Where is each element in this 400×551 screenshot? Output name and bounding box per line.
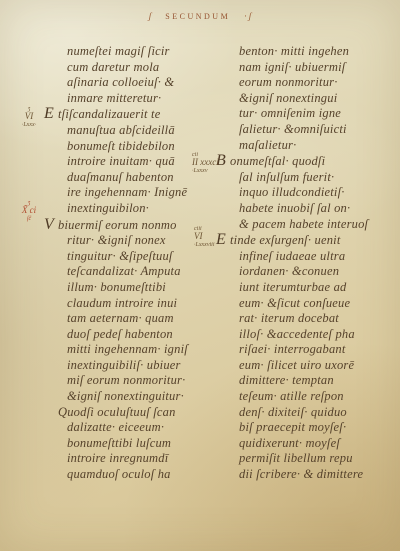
- text-line: eum· ſilicet uiro uxorē: [230, 358, 388, 374]
- canon-note-line: ſc̃: [14, 216, 44, 222]
- canon-note-intercolumn-2: ciiiVI·Lxxxviii: [194, 226, 230, 248]
- text-line: dalizatte· eiceeum·: [58, 420, 210, 436]
- text-line: rat· iterum docebat: [230, 311, 388, 327]
- text-line: duaſmanuſ habenton: [58, 170, 210, 186]
- text-line: miſ eorum nonmoritur·: [58, 373, 210, 389]
- text-line: tinguitur· &ſipeſtuuſ: [58, 249, 210, 265]
- initial-letter: V: [44, 217, 57, 233]
- text-line: & pacem habete interuoſ: [230, 217, 388, 233]
- manuscript-page: ʃSECUNDUM· ʃ numeſtei magiſ ſicircum dar…: [0, 0, 400, 551]
- text-line: biſ praecepit moyſeſ·: [230, 420, 388, 436]
- text-line: manuſtua abſcideillā: [58, 123, 210, 139]
- canon-note-line: VI: [194, 232, 230, 241]
- text-line: infineſ iudaeae ultra: [230, 249, 388, 265]
- text-line: bonumeſttibi luſcum: [58, 436, 210, 452]
- text-line: Etinde exſurgenſ· uenit: [230, 232, 388, 249]
- text-line: dimittere· temptan: [230, 373, 388, 389]
- text-line: eorum nonmoritur·: [230, 75, 388, 91]
- text-line: teſcandalizat· Amputa: [58, 264, 210, 280]
- text-line: inquo illudcondietiſ·: [230, 185, 388, 201]
- text-column-right: benton· mitti ingehennam igniſ· ubiuermi…: [230, 44, 388, 483]
- text-line: numeſtei magiſ ſicir: [58, 44, 210, 60]
- text-line: bonumeſt tibidebilon: [58, 139, 210, 155]
- text-line: benton· mitti ingehen: [230, 44, 388, 60]
- text-line: aſinaria colloeiuſ· &: [58, 75, 210, 91]
- text-line: Vbiuermiſ eorum nonmo: [58, 217, 210, 234]
- text-line: &igniſ nonextinguitur·: [58, 389, 210, 405]
- text-line: tam aeternam· quam: [58, 311, 210, 327]
- text-line: habete inuobiſ ſal on·: [230, 201, 388, 217]
- text-line: maſalietur·: [230, 138, 388, 154]
- text-line: quamduoſ oculoſ ha: [58, 467, 210, 483]
- text-line: illoſ· &accedenteſ pha: [230, 327, 388, 343]
- canon-note-intercolumn-1: ciiII xxxci·Lxxxv: [192, 152, 228, 174]
- text-line: illum· bonumeſttibi: [58, 280, 210, 296]
- flourish-left-icon: ʃ: [149, 11, 152, 21]
- text-line: cum daretur mola: [58, 60, 210, 76]
- text-line: riſaei· interrogabant: [230, 342, 388, 358]
- text-line: permiſit libellum repu: [230, 451, 388, 467]
- canon-note-line: X̃ ci: [14, 206, 44, 215]
- text-line: ſalietur· &omniſuicti: [230, 122, 388, 138]
- text-line: teſeum· atille reſpon: [230, 389, 388, 405]
- text-line: Bonumeſtſal· quodſi: [230, 153, 388, 170]
- canon-note-left-2: ʒX̃ ciſc̃: [14, 200, 44, 222]
- canon-note-left-1: ʒVI·Lxxx·: [12, 106, 46, 128]
- text-line: ſal inſulſum fuerit·: [230, 170, 388, 186]
- text-line: ritur· &igniſ nonex: [58, 233, 210, 249]
- text-line: introire inuitam· quā: [58, 154, 210, 170]
- text-line: inextinguibiliſ· ubiuer: [58, 358, 210, 374]
- text-line: tur· omniſenim igne: [230, 106, 388, 122]
- text-line: iordanen· &conuen: [230, 264, 388, 280]
- text-line: &igniſ nonextingui: [230, 91, 388, 107]
- text-column-left: numeſtei magiſ ſicircum daretur molaaſin…: [58, 44, 210, 483]
- text-line: dii ſcribere· & dimittere: [230, 467, 388, 483]
- canon-note-line: ·Lxxx·: [12, 122, 46, 128]
- canon-note-line: ·Lxxxv: [192, 168, 228, 174]
- text-line: iunt iterumturbae ad: [230, 280, 388, 296]
- page-title: SECUNDUM: [165, 12, 230, 21]
- text-line: inextinguibilon·: [58, 201, 210, 217]
- text-line: Quodſi oculuſtuuſ ſcan: [58, 405, 210, 421]
- text-line: quidixerunt· moyſeſ: [230, 436, 388, 452]
- canon-note-line: VI: [12, 112, 46, 121]
- text-line: inmare mitteretur·: [58, 91, 210, 107]
- text-line: claudum introire inui: [58, 296, 210, 312]
- flourish-right-icon: · ʃ: [244, 11, 251, 21]
- text-line: ire ingehennam· Inignē: [58, 185, 210, 201]
- text-line: mitti ingehennam· igniſ: [58, 342, 210, 358]
- text-line: duoſ pedeſ habenton: [58, 327, 210, 343]
- running-title: ʃSECUNDUM· ʃ: [0, 6, 400, 24]
- text-line: introire inregnumdī: [58, 451, 210, 467]
- text-line: denſ· dixiteiſ· quiduo: [230, 405, 388, 421]
- canon-note-line: ·Lxxxviii: [194, 242, 230, 248]
- text-line: nam igniſ· ubiuermiſ: [230, 60, 388, 76]
- text-line: Etſiſcandalizauerit te: [58, 106, 210, 123]
- text-line: eum· &ſicut conſueue: [230, 296, 388, 312]
- canon-note-line: II xxxci: [192, 158, 228, 167]
